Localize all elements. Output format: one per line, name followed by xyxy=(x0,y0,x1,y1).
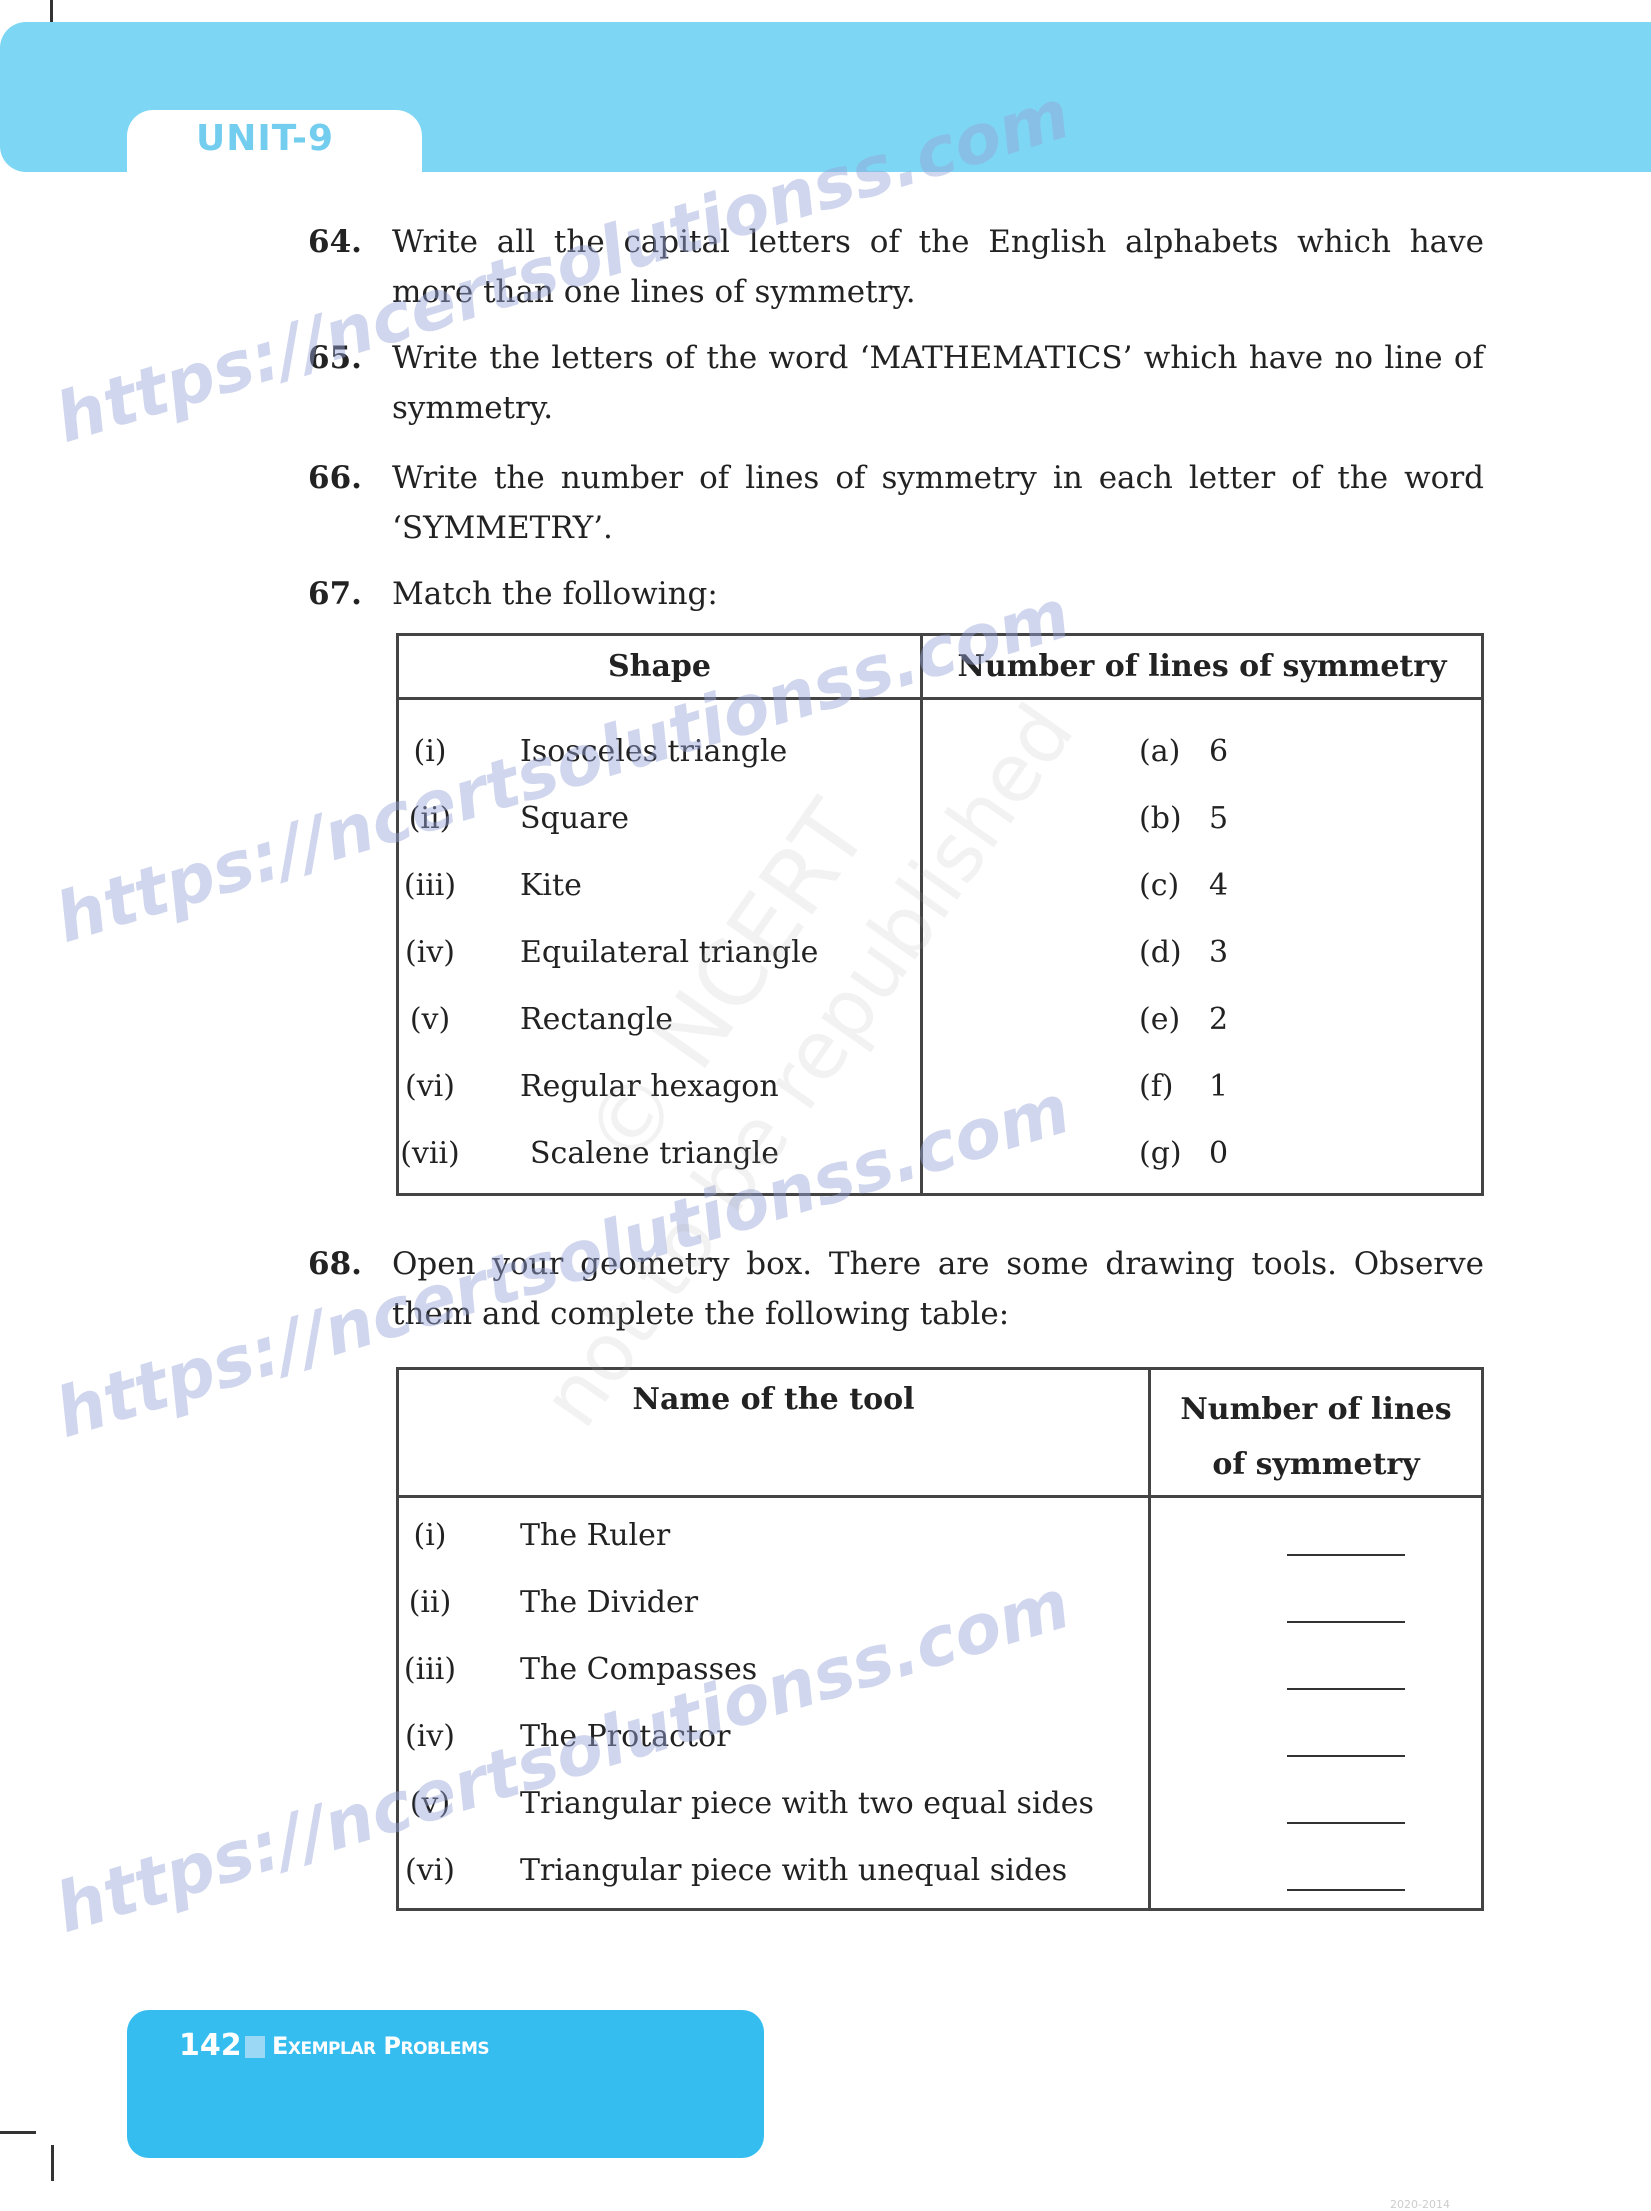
header-tool-name: Name of the tool xyxy=(398,1369,1150,1497)
option-letter: (c) xyxy=(1139,852,1179,919)
header-lines-of-symmetry: Number of lines of symmetry xyxy=(922,635,1483,699)
answer-row xyxy=(1152,1569,1480,1636)
header-shape: Shape xyxy=(398,635,922,699)
answer-blank[interactable] xyxy=(1287,1688,1405,1690)
symmetry-count: 3 xyxy=(1209,919,1228,986)
shape-row: (i)Isosceles triangle xyxy=(400,718,919,785)
question-number: 66. xyxy=(308,453,362,503)
option-letter: (a) xyxy=(1139,718,1180,785)
question-number: 67. xyxy=(308,569,362,619)
shape-row: (vii)Scalene triangle xyxy=(400,1120,919,1187)
shape-row: (vi)Regular hexagon xyxy=(400,1053,919,1120)
count-row: (f)1 xyxy=(924,1053,1480,1120)
shape-row: (ii)Square xyxy=(400,785,919,852)
option-letter: (e) xyxy=(1139,986,1180,1053)
shapes-column: (i)Isosceles triangle(ii)Square(iii)Kite… xyxy=(398,699,922,1195)
match-table: Shape Number of lines of symmetry (i)Iso… xyxy=(396,633,1484,1196)
answer-row xyxy=(1152,1703,1480,1770)
answer-row xyxy=(1152,1770,1480,1837)
symmetry-count: 4 xyxy=(1209,852,1228,919)
tool-name: The Protactor xyxy=(520,1703,730,1770)
roman-numeral: (iii) xyxy=(400,1636,460,1703)
question-68: 68. Open your geometry box. There are so… xyxy=(308,1239,1484,1339)
tool-name: The Ruler xyxy=(520,1502,670,1569)
question-text: Write all the capital letters of the Eng… xyxy=(392,217,1484,317)
footer-square-icon xyxy=(245,2036,265,2058)
count-row: (e)2 xyxy=(924,986,1480,1053)
tool-name: Triangular piece with unequal sides xyxy=(520,1837,1067,1904)
question-66: 66. Write the number of lines of symmetr… xyxy=(308,453,1484,553)
shape-row: (v)Rectangle xyxy=(400,986,919,1053)
answer-blank[interactable] xyxy=(1287,1755,1405,1757)
roman-numeral: (v) xyxy=(400,986,460,1053)
count-row: (g)0 xyxy=(924,1120,1480,1187)
tool-answers-column xyxy=(1150,1497,1483,1910)
tool-name: The Divider xyxy=(520,1569,698,1636)
answer-blank[interactable] xyxy=(1287,1621,1405,1623)
question-65: 65. Write the letters of the word ‘MATHE… xyxy=(308,333,1484,433)
roman-numeral: (v) xyxy=(400,1770,460,1837)
count-row: (a)6 xyxy=(924,718,1480,785)
shape-name: Isosceles triangle xyxy=(520,718,787,785)
roman-numeral: (ii) xyxy=(400,1569,460,1636)
question-text: Open your geometry box. There are some d… xyxy=(392,1239,1484,1339)
question-64: 64. Write all the capital letters of the… xyxy=(308,217,1484,317)
roman-numeral: (i) xyxy=(400,1502,460,1569)
option-letter: (g) xyxy=(1139,1120,1182,1187)
question-number: 65. xyxy=(308,333,362,383)
count-row: (c)4 xyxy=(924,852,1480,919)
header-tool-lines: Number of lines of symmetry xyxy=(1150,1369,1483,1497)
shape-row: (iv)Equilateral triangle xyxy=(400,919,919,986)
question-67: 67. Match the following: xyxy=(308,569,1484,619)
roman-numeral: (i) xyxy=(400,718,460,785)
answer-blank[interactable] xyxy=(1287,1822,1405,1824)
roman-numeral: (iv) xyxy=(400,919,460,986)
book-title: Exemplar Problems xyxy=(272,2032,489,2060)
unit-label: UNIT-9 xyxy=(196,118,334,159)
question-number: 68. xyxy=(308,1239,362,1289)
option-letter: (d) xyxy=(1139,919,1182,986)
tool-names-column: (i)The Ruler(ii)The Divider(iii)The Comp… xyxy=(398,1497,1150,1910)
shape-name: Rectangle xyxy=(520,986,673,1053)
symmetry-count: 5 xyxy=(1209,785,1228,852)
shape-name: Scalene triangle xyxy=(530,1120,779,1187)
tools-table: Name of the tool Number of lines of symm… xyxy=(396,1367,1484,1911)
print-year: 2020-2014 xyxy=(1390,2198,1450,2211)
symmetry-count: 6 xyxy=(1209,718,1228,785)
answer-row xyxy=(1152,1502,1480,1569)
symmetry-count: 0 xyxy=(1209,1120,1228,1187)
roman-numeral: (iii) xyxy=(400,852,460,919)
symmetry-count: 1 xyxy=(1209,1053,1228,1120)
tool-row: (i)The Ruler xyxy=(400,1502,1147,1569)
question-text: Match the following: xyxy=(392,569,1484,619)
answer-row xyxy=(1152,1636,1480,1703)
header-line-2: of symmetry xyxy=(1152,1437,1480,1492)
counts-column: (a)6(b)5(c)4(d)3(e)2(f)1(g)0 xyxy=(922,699,1483,1195)
question-text: Write the letters of the word ‘MATHEMATI… xyxy=(392,333,1484,433)
tool-name: Triangular piece with two equal sides xyxy=(520,1770,1094,1837)
tool-row: (vi)Triangular piece with unequal sides xyxy=(400,1837,1147,1904)
shape-name: Kite xyxy=(520,852,582,919)
answer-blank[interactable] xyxy=(1287,1554,1405,1556)
roman-numeral: (vi) xyxy=(400,1053,460,1120)
option-letter: (f) xyxy=(1139,1053,1174,1120)
shape-name: Square xyxy=(520,785,629,852)
shape-name: Equilateral triangle xyxy=(520,919,818,986)
symmetry-count: 2 xyxy=(1209,986,1228,1053)
count-row: (d)3 xyxy=(924,919,1480,986)
tool-row: (v)Triangular piece with two equal sides xyxy=(400,1770,1147,1837)
answer-row xyxy=(1152,1837,1480,1904)
shape-row: (iii)Kite xyxy=(400,852,919,919)
tool-name: The Compasses xyxy=(520,1636,757,1703)
footer-box: 142 Exemplar Problems xyxy=(127,2010,764,2158)
header-line-1: Number of lines xyxy=(1152,1382,1480,1437)
tool-row: (iv)The Protactor xyxy=(400,1703,1147,1770)
tool-row: (iii)The Compasses xyxy=(400,1636,1147,1703)
crop-mark xyxy=(0,2131,36,2134)
count-row: (b)5 xyxy=(924,785,1480,852)
roman-numeral: (vi) xyxy=(400,1837,460,1904)
option-letter: (b) xyxy=(1139,785,1182,852)
roman-numeral: (iv) xyxy=(400,1703,460,1770)
crop-mark xyxy=(51,2145,54,2181)
shape-name: Regular hexagon xyxy=(520,1053,779,1120)
roman-numeral: (ii) xyxy=(400,785,460,852)
question-text: Write the number of lines of symmetry in… xyxy=(392,453,1484,553)
page-number: 142 xyxy=(179,2028,242,2063)
question-number: 64. xyxy=(308,217,362,267)
answer-blank[interactable] xyxy=(1287,1889,1405,1891)
roman-numeral: (vii) xyxy=(400,1120,460,1187)
tool-row: (ii)The Divider xyxy=(400,1569,1147,1636)
